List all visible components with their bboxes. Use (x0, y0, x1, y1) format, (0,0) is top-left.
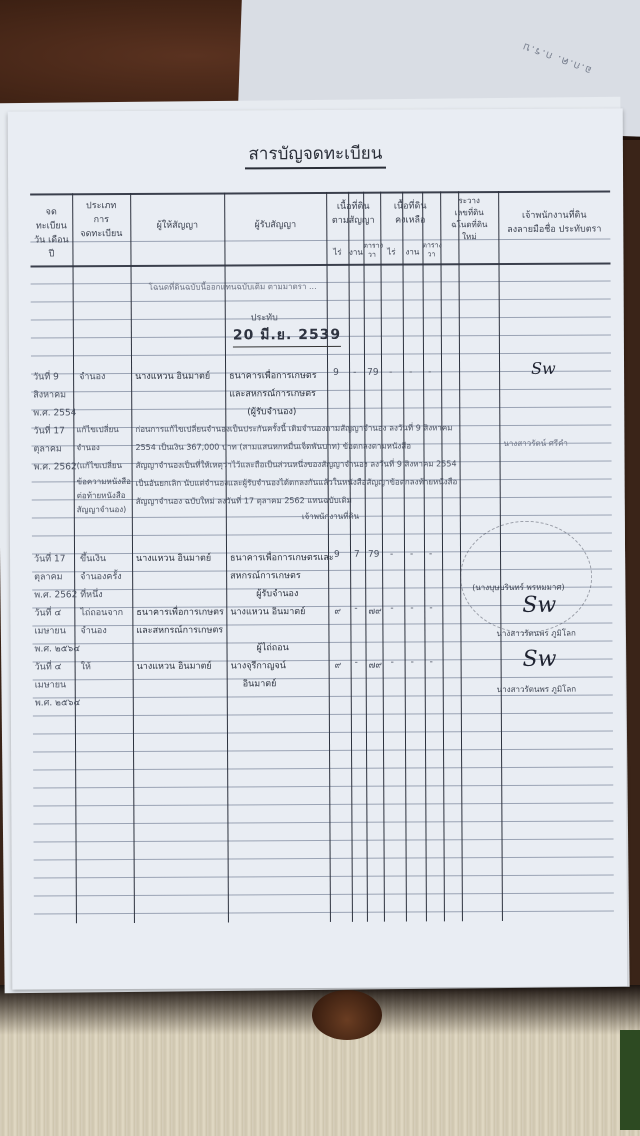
table-cell: นางสาวรัตน์ ศรีคำ (503, 437, 568, 450)
rule-line (33, 676, 613, 680)
table-cell: ธนาคารเพื่อการเกษตร (229, 368, 317, 382)
rule-line (380, 192, 385, 922)
rule-line (34, 892, 614, 896)
table-cell: พ.ศ. ๒๕๖๔ (34, 641, 80, 655)
table-cell: ก่อนการแก้ไขเปลี่ยนจำนองเป็นประกันครั้งน… (135, 421, 452, 436)
rule-line (31, 280, 611, 284)
table-cell: จำนอง (79, 369, 105, 383)
table-cell: 2554 เป็นเงิน 367,000 บาท (สามแสนหกหมื่น… (135, 440, 411, 454)
header-grantee: ผู้รับสัญญา (224, 218, 326, 233)
rule-line (33, 712, 613, 716)
table-cell: ๙ (335, 658, 342, 672)
table-cell: ให้ (81, 659, 91, 673)
table-cell: - (410, 549, 413, 559)
table-cell: ขึ้นเงิน (80, 551, 106, 565)
rule-line (30, 190, 610, 195)
table-cell: - (411, 657, 414, 667)
unit-wa-2: ตารางวา (422, 241, 440, 259)
table-cell: จำนองครั้ง (80, 569, 122, 583)
table-cell: ธนาคารเพื่อการเกษตร (136, 604, 224, 618)
table-cell: 7 (354, 550, 360, 560)
table-cell: และสหกรณ์การเกษตร (136, 622, 223, 636)
table-cell: ๙ (334, 604, 341, 618)
stamp-label: ประทับ (251, 310, 278, 324)
table-cell: (แก้ไขเปลี่ยน (77, 459, 123, 472)
table-cell: เมษายน (34, 623, 65, 637)
header-area-contract: เนื้อที่ดินตามสัญญา (326, 200, 380, 228)
table-cell: - (355, 658, 358, 668)
table-cell: ๗๙ (369, 658, 382, 672)
rule-line (348, 192, 353, 922)
unit-ngan: งาน (348, 246, 363, 260)
table-cell: จำนอง (76, 441, 99, 454)
table-cell: ตุลาคม (33, 441, 61, 455)
table-cell: สัญญาจำนองเป็นที่ให้เหตุว่าไว้และถือเป็น… (136, 457, 457, 472)
officer-signature: Sw (531, 359, 556, 378)
rule-line (224, 192, 229, 922)
rule-line (72, 193, 77, 923)
table-cell: - (428, 367, 431, 377)
rule-line (33, 730, 613, 734)
table-cell: - (410, 603, 413, 613)
rule-line (31, 262, 611, 267)
rule-line (402, 192, 407, 922)
table-cell: นางจุรีกาญจน์ (231, 658, 286, 672)
table-cell: และสหกรณ์การเกษตร (229, 386, 316, 400)
table-cell: ข้อความหนังสือ (77, 475, 131, 488)
table-cell: อินมาตย์ (243, 676, 277, 690)
rule-line (31, 298, 611, 302)
rule-line (33, 748, 613, 752)
rule-line (34, 910, 614, 914)
table-cell: พ.ศ. 2554 (33, 405, 76, 419)
table-cell: - (354, 604, 357, 614)
table-cell: นางสาวรัตนพร ภูมิโลก (497, 683, 576, 696)
table-cell: ธนาคารเพื่อการเกษตรและ (230, 550, 334, 565)
officer-signature: Sw (523, 647, 557, 672)
unit-ngan-2: งาน (402, 245, 422, 259)
rule-line (458, 191, 463, 921)
table-cell: ตุลาคม (34, 569, 62, 583)
rule-line (31, 316, 611, 320)
officer-signature: Sw (522, 593, 556, 618)
table-cell: - (429, 603, 432, 613)
table-cell: 79 (368, 550, 380, 560)
table-cell: 79 (367, 368, 379, 378)
registry-table: จดทะเบียนวัน เดือน ปี ประเภทการจดทะเบียน… (30, 190, 614, 923)
rule-line (31, 406, 611, 410)
registry-page: สารบัญจดทะเบียน จดทะเบียนวัน เดือน ปี ปร… (8, 108, 628, 989)
date-stamp: 20 มี.ย. 2539 (233, 324, 341, 348)
table-cell: ผู้รับจำนอง (256, 586, 298, 600)
table-cell: - (390, 604, 393, 614)
table-cell: เมษายน (35, 677, 66, 691)
rule-line (440, 191, 445, 921)
table-cell: ๗๙ (368, 604, 381, 618)
table-cell: แก้ไขเปลี่ยน (76, 423, 118, 436)
table-cell: วันที่ ๔ (35, 659, 62, 673)
green-object (620, 1030, 640, 1130)
table-cell: ต่อท้ายหนังสือ (77, 489, 126, 502)
table-cell: นางสาวรัตนพร ภูมิโลก (496, 627, 575, 640)
rule-line (31, 370, 611, 374)
table-cell: - (389, 368, 392, 378)
table-cell: (ผู้รับจำนอง) (247, 404, 296, 418)
table-cell: วันที่ 9 (33, 369, 59, 383)
table-cell: สหกรณ์การเกษตร (230, 568, 301, 582)
rule-line (34, 838, 614, 842)
page-title: สารบัญจดทะเบียน (8, 138, 623, 168)
header-date: จดทะเบียนวัน เดือน ปี (30, 205, 72, 261)
rule-line (422, 191, 427, 921)
table-cell: - (353, 368, 356, 378)
header-new-parcel: ระวางเลขที่ดินฉโนดที่ดินใหม่ (440, 195, 498, 243)
table-cell: 9 (333, 368, 339, 378)
note-line: โฉนดที่ดินฉบับนี้ออกแทนฉบับเดิม ตามมาตรา… (149, 280, 317, 294)
table-cell: - (391, 658, 394, 668)
table-cell: - (429, 549, 432, 559)
rule-line (33, 784, 613, 788)
table-cell: วันที่ ๔ (34, 605, 61, 619)
table-cell: นางแหวน อินมาตย์ (230, 604, 305, 618)
table-cell: ผู้ไถ่ถอน (256, 640, 288, 654)
table-cell: เจ้าพนักงานที่ดิน (302, 510, 359, 523)
header-type: ประเภทการจดทะเบียน (72, 199, 130, 241)
table-cell: เป็นอันยกเลิก นับแต่จำนองและผู้รับจำนองไ… (136, 475, 458, 490)
table-cell: - (409, 368, 412, 378)
rule-line (32, 640, 612, 644)
table-cell: สิงหาคม (33, 387, 66, 401)
header-grantor: ผู้ให้สัญญา (130, 218, 224, 232)
sweater-button (312, 990, 382, 1040)
header-officer: เจ้าพนักงานที่ดินลงลายมือชื่อ ประทับตรา (498, 208, 610, 237)
rule-line (130, 193, 135, 923)
table-cell: สัญญาจำนอง ฉบับใหม่ ลงวันที่ 17 ตุลาคม 2… (136, 494, 352, 508)
rule-line (31, 388, 611, 392)
unit-rai-2: ไร่ (380, 246, 402, 260)
rule-line (33, 766, 613, 770)
rule-line (34, 874, 614, 878)
table-cell: 9 (334, 550, 340, 560)
table-cell: วันที่ 17 (33, 423, 65, 437)
unit-wa: ตารางวา (363, 242, 380, 260)
rule-line (34, 856, 614, 860)
rule-line (33, 802, 613, 806)
table-cell: ไถ่ถอนจาก (80, 605, 123, 619)
rule-line (33, 820, 613, 824)
table-cell: สัญญาจำนอง) (77, 503, 127, 516)
table-cell: พ.ศ. 2562 (34, 459, 77, 473)
table-cell: พ.ศ. 2562 (34, 587, 77, 601)
table-cell: นางแหวน อินมาตย์ (136, 551, 211, 565)
unit-rai: ไร่ (326, 246, 348, 260)
table-cell: - (390, 550, 393, 560)
table-cell: วันที่ 17 (34, 551, 66, 565)
rule-line (31, 352, 611, 356)
table-cell: นางแหวน อินมาตย์ (137, 659, 212, 673)
header-area-remaining: เนื้อที่ดินคงเหลือ (380, 199, 440, 227)
table-cell: - (430, 657, 433, 667)
table-cell: พ.ศ. ๒๕๖๔ (35, 695, 81, 709)
title-text: สารบัญจดทะเบียน (244, 144, 386, 170)
table-cell: จำนอง (80, 623, 106, 637)
table-cell: ที่หนึ่ง (80, 587, 102, 601)
table-cell: นางแหวน อินมาตย์ (135, 369, 210, 383)
